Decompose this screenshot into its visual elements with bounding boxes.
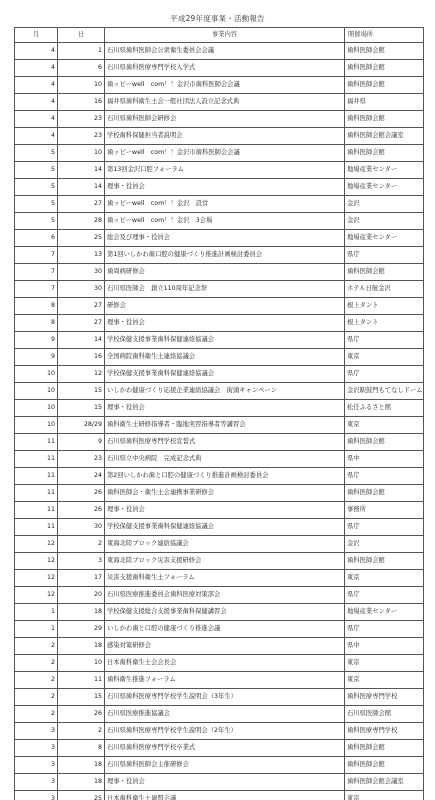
- cell-day: 25: [58, 791, 105, 800]
- cell-day: 27: [58, 298, 105, 315]
- table-row: 916全国病院歯科衛生士連絡協議会東京: [15, 349, 424, 366]
- cell-month: 3: [15, 757, 58, 774]
- table-row: 1028/29歯科衛生士研修指導者・臨地実習指導者等講習会東京: [15, 417, 424, 434]
- cell-day: 11: [58, 672, 105, 689]
- cell-venue: 金沢駅鼓門もてなしドーム: [345, 383, 424, 400]
- cell-month: 3: [15, 774, 58, 791]
- cell-day: 26: [58, 502, 105, 519]
- column-header-month: 月: [15, 28, 58, 43]
- column-header-venue: 開催場所: [345, 28, 424, 43]
- cell-month: 1: [15, 604, 58, 621]
- cell-month: 11: [15, 451, 58, 468]
- table-row: 123東海北陸ブロック災害支援研修会歯科医師会館: [15, 553, 424, 570]
- table-header-row: 月 日 事業内容 開催場所: [15, 28, 424, 43]
- cell-day: 23: [58, 128, 105, 145]
- cell-content: 福井県歯科衛生士会一般社団法人設立記念式典: [105, 94, 345, 111]
- cell-venue: 東京: [345, 791, 424, 800]
- cell-month: 10: [15, 400, 58, 417]
- cell-content: 全国病院歯科衛生士連絡協議会: [105, 349, 345, 366]
- cell-venue: 歯科医師会館: [345, 553, 424, 570]
- table-row: 226石川県医療推進協議会石川県医師会館: [15, 706, 424, 723]
- cell-month: 2: [15, 706, 58, 723]
- cell-content: 歯科衛生士研修指導者・臨地実習指導者等講習会: [105, 417, 345, 434]
- cell-day: 16: [58, 94, 105, 111]
- cell-month: 1: [15, 621, 58, 638]
- cell-venue: 歯科医師会館: [345, 264, 424, 281]
- table-row: 1126理事・役員会事務所: [15, 502, 424, 519]
- cell-content: 理事・役員会: [105, 400, 345, 417]
- cell-content: 歯科衛生推進フォーラム: [105, 672, 345, 689]
- cell-content: 感染対策研修会: [105, 638, 345, 655]
- cell-day: 27: [58, 315, 105, 332]
- table-row: 118学校保健支援総合支援事業歯科保健講習会地場産業センター: [15, 604, 424, 621]
- table-row: 1015理事・役員会松任ふるさと館: [15, 400, 424, 417]
- cell-content: 学校保健支援総合支援事業歯科保健講習会: [105, 604, 345, 621]
- cell-venue: 地場産業センター: [345, 604, 424, 621]
- cell-venue: 県中: [345, 451, 424, 468]
- table-row: 514第13回金沢口腔フォーラム地場産業センター: [15, 162, 424, 179]
- cell-month: 4: [15, 77, 58, 94]
- cell-month: 6: [15, 230, 58, 247]
- cell-content: 石川県歯科医師会公衆衛生委員会会議: [105, 43, 345, 60]
- cell-content: 歯ッピーwell com！！金沢市歯科医師会会議: [105, 77, 345, 94]
- table-row: 730歯周病研修会歯科医師会館: [15, 264, 424, 281]
- cell-venue: 東京: [345, 349, 424, 366]
- cell-content: 歯ッピーwell com！！金沢 3会場: [105, 213, 345, 230]
- cell-day: 30: [58, 264, 105, 281]
- table-row: 210日本歯科衛生士会会長会東京: [15, 655, 424, 672]
- cell-day: 6: [58, 60, 105, 77]
- cell-content: 日本歯科衛生士連盟会議: [105, 791, 345, 800]
- cell-content: 東海北陸ブロック災害支援研修会: [105, 553, 345, 570]
- cell-day: 25: [58, 230, 105, 247]
- cell-day: 8: [58, 740, 105, 757]
- cell-content: 第1回いしかわ歯口腔の健康づくり推進計画検討委員会: [105, 247, 345, 264]
- cell-content: 学校保健支援事業歯科保健連絡協議会: [105, 366, 345, 383]
- cell-month: 3: [15, 791, 58, 800]
- cell-month: 7: [15, 281, 58, 298]
- table-row: 423石川県歯科医師会研修会歯科医師会館: [15, 111, 424, 128]
- table-row: 827理事・役員会根上タント: [15, 315, 424, 332]
- cell-venue: 歯科医師会館会議室: [345, 128, 424, 145]
- table-row: 1124第2回いしかわ歯と口腔の健康づくり推進計画検討委員会県庁: [15, 468, 424, 485]
- cell-day: 10: [58, 655, 105, 672]
- column-header-content: 事業内容: [105, 28, 345, 43]
- cell-venue: 県庁: [345, 247, 424, 264]
- cell-venue: 事務所: [345, 502, 424, 519]
- cell-month: 2: [15, 638, 58, 655]
- cell-month: 11: [15, 502, 58, 519]
- cell-month: 9: [15, 332, 58, 349]
- cell-content: 総会及び理事・役員会: [105, 230, 345, 247]
- table-row: 1126歯科医師会・衛生士会連携事業研修会歯科医師会館: [15, 485, 424, 502]
- cell-venue: 地場産業センター: [345, 179, 424, 196]
- cell-month: 10: [15, 383, 58, 400]
- cell-content: 歯ッピーwell com！！金沢市歯科医師会会議: [105, 145, 345, 162]
- document-title: 平成29年度事業・活動報告: [0, 13, 435, 24]
- cell-day: 13: [58, 247, 105, 264]
- cell-venue: 金沢: [345, 213, 424, 230]
- cell-month: 5: [15, 213, 58, 230]
- cell-day: 10: [58, 145, 105, 162]
- cell-content: 東海北陸ブロック連絡協議会: [105, 536, 345, 553]
- cell-day: 3: [58, 553, 105, 570]
- cell-venue: 県中: [345, 638, 424, 655]
- cell-venue: 歯科医師会館: [345, 43, 424, 60]
- cell-venue: 松任ふるさと館: [345, 400, 424, 417]
- cell-month: 3: [15, 740, 58, 757]
- cell-month: 5: [15, 162, 58, 179]
- table-row: 914学校保健支援事業歯科保健連絡協議会県庁: [15, 332, 424, 349]
- cell-content: 学校保健支援事業歯科保健連絡協議会: [105, 519, 345, 536]
- cell-day: 17: [58, 570, 105, 587]
- cell-month: 2: [15, 672, 58, 689]
- cell-month: 2: [15, 689, 58, 706]
- cell-content: 理事・役員会: [105, 774, 345, 791]
- cell-venue: 歯科医師会館: [345, 757, 424, 774]
- table-row: 318石川県歯科医師会主催研修会歯科医師会館: [15, 757, 424, 774]
- document-page: 平成29年度事業・活動報告 月 日 事業内容 開催場所 41石川県歯科医師会公衆…: [0, 0, 435, 800]
- cell-day: 29: [58, 621, 105, 638]
- cell-month: 12: [15, 587, 58, 604]
- cell-content: 研修会: [105, 298, 345, 315]
- cell-content: 理事・役員会: [105, 179, 345, 196]
- table-row: 528歯ッピーwell com！！金沢 3会場金沢: [15, 213, 424, 230]
- cell-content: 石川県医療推進委員会歯科医療対策部会: [105, 587, 345, 604]
- cell-venue: 歯科医療専門学校: [345, 723, 424, 740]
- cell-day: 1: [58, 43, 105, 60]
- cell-venue: 金沢: [345, 536, 424, 553]
- cell-day: 30: [58, 519, 105, 536]
- cell-content: 石川県歯科医師会研修会: [105, 111, 345, 128]
- table-row: 416福井県歯科衛生士会一般社団法人設立記念式典福井県: [15, 94, 424, 111]
- cell-month: 9: [15, 349, 58, 366]
- cell-content: 石川県歯科医療専門学校学生説明会（3年生）: [105, 689, 345, 706]
- cell-venue: 東京: [345, 417, 424, 434]
- cell-content: 学校歯科保健担当者説明会: [105, 128, 345, 145]
- cell-venue: 根上タント: [345, 298, 424, 315]
- cell-content: いしかわ健康づくり応援企業連絡協議会 街頭キャンペーン: [105, 383, 345, 400]
- column-header-day: 日: [58, 28, 105, 43]
- cell-month: 10: [15, 366, 58, 383]
- cell-content: 歯ッピーwell com！！金沢 設営: [105, 196, 345, 213]
- table-row: 625総会及び理事・役員会地場産業センター: [15, 230, 424, 247]
- cell-venue: 県庁: [345, 519, 424, 536]
- cell-month: 8: [15, 298, 58, 315]
- cell-venue: 歯科医師会館: [345, 434, 424, 451]
- table-row: 514理事・役員会地場産業センター: [15, 179, 424, 196]
- cell-venue: 福井県: [345, 94, 424, 111]
- cell-content: 第13回金沢口腔フォーラム: [105, 162, 345, 179]
- cell-content: 第2回いしかわ歯と口腔の健康づくり推進計画検討委員会: [105, 468, 345, 485]
- cell-day: 24: [58, 468, 105, 485]
- cell-day: 23: [58, 451, 105, 468]
- cell-month: 12: [15, 553, 58, 570]
- cell-content: 災害支援歯科衛生士フォーラム: [105, 570, 345, 587]
- cell-content: 理事・役員会: [105, 502, 345, 519]
- table-row: 325日本歯科衛生士連盟会議東京: [15, 791, 424, 800]
- cell-content: 石川県歯科医師会主催研修会: [105, 757, 345, 774]
- cell-month: 12: [15, 536, 58, 553]
- cell-month: 4: [15, 111, 58, 128]
- cell-day: 15: [58, 383, 105, 400]
- table-row: 122東海北陸ブロック連絡協議会金沢: [15, 536, 424, 553]
- table-body: 41石川県歯科医師会公衆衛生委員会会議歯科医師会館46石川県歯科医療専門学校入学…: [15, 43, 424, 800]
- cell-venue: 東京: [345, 570, 424, 587]
- table-row: 32石川県歯科医療専門学校学生説明会（2年生）歯科医療専門学校: [15, 723, 424, 740]
- cell-day: 16: [58, 349, 105, 366]
- cell-venue: 歯科医師会館: [345, 60, 424, 77]
- cell-venue: 東京: [345, 672, 424, 689]
- table-row: 1015いしかわ健康づくり応援企業連絡協議会 街頭キャンペーン金沢駅鼓門もてなし…: [15, 383, 424, 400]
- table-row: 1217災害支援歯科衛生士フォーラム東京: [15, 570, 424, 587]
- cell-venue: 歯科医師会館: [345, 77, 424, 94]
- cell-month: 3: [15, 723, 58, 740]
- cell-day: 26: [58, 485, 105, 502]
- cell-day: 2: [58, 536, 105, 553]
- cell-venue: 根上タント: [345, 315, 424, 332]
- cell-content: 石川県歯科医療専門学校卒業式: [105, 740, 345, 757]
- cell-day: 10: [58, 77, 105, 94]
- cell-month: 7: [15, 264, 58, 281]
- cell-month: 11: [15, 519, 58, 536]
- cell-month: 8: [15, 315, 58, 332]
- cell-month: 10: [15, 417, 58, 434]
- cell-day: 14: [58, 332, 105, 349]
- cell-day: 15: [58, 400, 105, 417]
- cell-venue: 県庁: [345, 366, 424, 383]
- cell-month: 4: [15, 94, 58, 111]
- table-row: 713第1回いしかわ歯口腔の健康づくり推進計画検討委員会県庁: [15, 247, 424, 264]
- cell-content: 石川県歯科医療専門学校学生説明会（2年生）: [105, 723, 345, 740]
- cell-content: 歯周病研修会: [105, 264, 345, 281]
- cell-venue: 地場産業センター: [345, 230, 424, 247]
- table-row: 410歯ッピーwell com！！金沢市歯科医師会会議歯科医師会館: [15, 77, 424, 94]
- cell-day: 28: [58, 213, 105, 230]
- cell-venue: 地場産業センター: [345, 162, 424, 179]
- cell-venue: 歯科医師会館: [345, 111, 424, 128]
- cell-content: いしかわ歯と口腔の健康づくり推進会議: [105, 621, 345, 638]
- cell-day: 2: [58, 723, 105, 740]
- activity-report-table: 月 日 事業内容 開催場所 41石川県歯科医師会公衆衛生委員会会議歯科医師会館4…: [14, 27, 424, 800]
- cell-month: 12: [15, 570, 58, 587]
- cell-day: 20: [58, 587, 105, 604]
- cell-day: 18: [58, 774, 105, 791]
- cell-day: 9: [58, 434, 105, 451]
- cell-day: 12: [58, 366, 105, 383]
- cell-day: 26: [58, 706, 105, 723]
- cell-month: 11: [15, 434, 58, 451]
- cell-day: 27: [58, 196, 105, 213]
- cell-content: 石川県歯科医療専門学校宣誓式: [105, 434, 345, 451]
- table-row: 510歯ッピーwell com！！金沢市歯科医師会会議歯科医師会館: [15, 145, 424, 162]
- cell-venue: 歯科医師会館: [345, 145, 424, 162]
- cell-venue: ホテル日航金沢: [345, 281, 424, 298]
- cell-venue: 歯科医師会館: [345, 740, 424, 757]
- table-row: 827研修会根上タント: [15, 298, 424, 315]
- table-row: 129いしかわ歯と口腔の健康づくり推進会議県庁: [15, 621, 424, 638]
- cell-content: 石川県立中央病院 完成記念式典: [105, 451, 345, 468]
- cell-month: 5: [15, 179, 58, 196]
- cell-venue: 県庁: [345, 587, 424, 604]
- table-row: 211歯科衛生推進フォーラム東京: [15, 672, 424, 689]
- cell-month: 4: [15, 43, 58, 60]
- cell-content: 理事・役員会: [105, 315, 345, 332]
- table-row: 423学校歯科保健担当者説明会歯科医師会館会議室: [15, 128, 424, 145]
- cell-venue: 歯科医師会館: [345, 485, 424, 502]
- table-row: 46石川県歯科医療専門学校入学式歯科医師会館: [15, 60, 424, 77]
- cell-venue: 歯科医師会館会議室: [345, 774, 424, 791]
- cell-venue: 県庁: [345, 468, 424, 485]
- cell-month: 11: [15, 468, 58, 485]
- cell-month: 11: [15, 485, 58, 502]
- cell-month: 4: [15, 128, 58, 145]
- cell-month: 2: [15, 655, 58, 672]
- cell-month: 5: [15, 145, 58, 162]
- cell-day: 14: [58, 162, 105, 179]
- table-row: 1012学校保健支援事業歯科保健連絡協議会県庁: [15, 366, 424, 383]
- table-row: 1130学校保健支援事業歯科保健連絡協議会県庁: [15, 519, 424, 536]
- cell-month: 5: [15, 196, 58, 213]
- table-row: 38石川県歯科医療専門学校卒業式歯科医師会館: [15, 740, 424, 757]
- cell-content: 日本歯科衛生士会会長会: [105, 655, 345, 672]
- table-row: 1123石川県立中央病院 完成記念式典県中: [15, 451, 424, 468]
- cell-month: 4: [15, 60, 58, 77]
- table-row: 215石川県歯科医療専門学校学生説明会（3年生）歯科医療専門学校: [15, 689, 424, 706]
- cell-content: 石川県医師会 創立110周年記念祭: [105, 281, 345, 298]
- cell-day: 14: [58, 179, 105, 196]
- cell-content: 石川県医療推進協議会: [105, 706, 345, 723]
- table-row: 318理事・役員会歯科医師会館会議室: [15, 774, 424, 791]
- table-row: 119石川県歯科医療専門学校宣誓式歯科医師会館: [15, 434, 424, 451]
- cell-day: 28/29: [58, 417, 105, 434]
- cell-month: 7: [15, 247, 58, 264]
- cell-day: 15: [58, 689, 105, 706]
- table-row: 527歯ッピーwell com！！金沢 設営金沢: [15, 196, 424, 213]
- cell-content: 石川県歯科医療専門学校入学式: [105, 60, 345, 77]
- cell-venue: 石川県医師会館: [345, 706, 424, 723]
- cell-day: 18: [58, 604, 105, 621]
- cell-venue: 県庁: [345, 332, 424, 349]
- cell-day: 30: [58, 281, 105, 298]
- cell-day: 18: [58, 757, 105, 774]
- cell-venue: 東京: [345, 655, 424, 672]
- table-row: 730石川県医師会 創立110周年記念祭ホテル日航金沢: [15, 281, 424, 298]
- table-row: 1220石川県医療推進委員会歯科医療対策部会県庁: [15, 587, 424, 604]
- cell-day: 18: [58, 638, 105, 655]
- table-row: 41石川県歯科医師会公衆衛生委員会会議歯科医師会館: [15, 43, 424, 60]
- table-row: 218感染対策研修会県中: [15, 638, 424, 655]
- cell-venue: 金沢: [345, 196, 424, 213]
- cell-content: 学校保健支援事業歯科保健連絡協議会: [105, 332, 345, 349]
- cell-day: 23: [58, 111, 105, 128]
- cell-content: 歯科医師会・衛生士会連携事業研修会: [105, 485, 345, 502]
- cell-venue: 歯科医療専門学校: [345, 689, 424, 706]
- cell-venue: 県庁: [345, 621, 424, 638]
